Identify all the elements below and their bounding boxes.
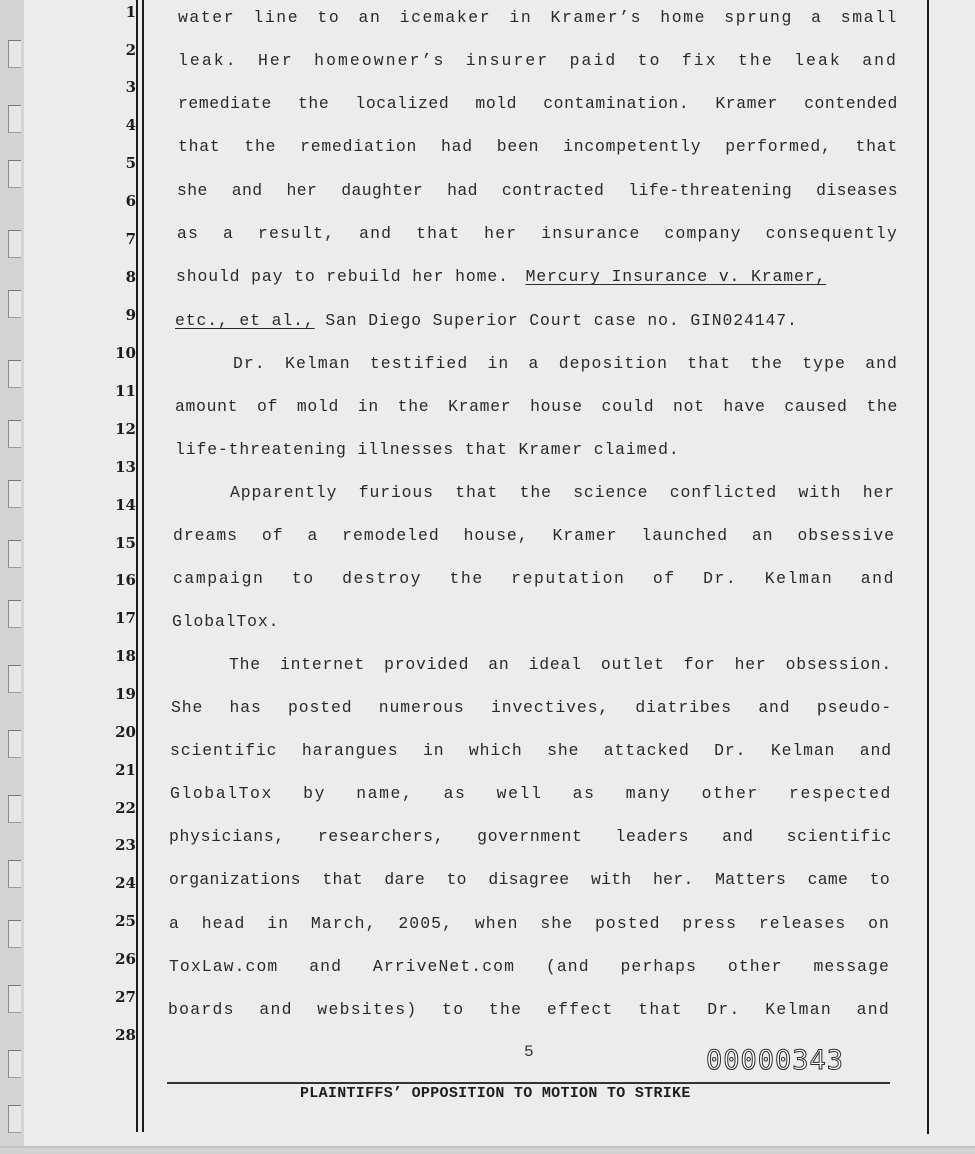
line-number: 17 (104, 609, 136, 627)
text-line: campaign to destroy the reputation of Dr… (173, 568, 895, 590)
text-fragment: should pay to rebuild her home. (176, 267, 509, 286)
line-number: 20 (104, 723, 136, 741)
line-number: 7 (104, 230, 136, 248)
text-line: Apparently furious that the science conf… (230, 482, 895, 504)
left-margin-rule-outer (136, 0, 138, 1132)
text-line: boards and websites) to the effect that … (168, 999, 890, 1021)
line-number: 21 (104, 761, 136, 779)
line-number: 22 (104, 799, 136, 817)
case-citation-title-cont: etc., et al., (175, 311, 315, 330)
text-line: organizations that dare to disagree with… (169, 869, 890, 891)
line-number: 12 (104, 420, 136, 438)
line-number: 5 (104, 154, 136, 172)
page-bottom-edge (0, 1146, 975, 1154)
line-number: 10 (104, 344, 136, 362)
page-number: 5 (524, 1043, 534, 1061)
case-citation-title: Mercury Insurance v. Kramer, (526, 267, 827, 286)
text-line-citation: etc., et al., San Diego Superior Court c… (175, 310, 898, 332)
text-line: The internet provided an ideal outlet fo… (229, 654, 892, 676)
text-line: Dr. Kelman testified in a deposition tha… (233, 353, 898, 375)
line-number: 1 (104, 3, 136, 21)
line-number: 18 (104, 647, 136, 665)
document-page: 1 2 3 4 5 6 7 8 9 10 11 12 13 14 15 16 1… (0, 0, 975, 1147)
text-line: remediate the localized mold contaminati… (178, 93, 898, 115)
torn-paper-edge (0, 0, 24, 1147)
text-line: She has posted numerous invectives, diat… (171, 697, 892, 719)
text-line: dreams of a remodeled house, Kramer laun… (173, 525, 895, 547)
line-number: 14 (104, 496, 136, 514)
text-line: she and her daughter had contracted life… (177, 180, 898, 202)
text-line: a head in March, 2005, when she posted p… (169, 913, 890, 935)
text-line: ToxLaw.com and ArriveNet.com (and perhap… (169, 956, 890, 978)
line-number: 13 (104, 458, 136, 476)
text-line: water line to an icemaker in Kramer’s ho… (178, 7, 898, 29)
line-number: 28 (104, 1026, 136, 1044)
text-line-citation: should pay to rebuild her home. Mercury … (176, 266, 898, 288)
text-line: GlobalTox. (172, 611, 898, 633)
text-line: scientific harangues in which she attack… (170, 740, 892, 762)
footer-rule (167, 1082, 890, 1084)
bates-stamp: 00000343 (706, 1045, 844, 1076)
text-line: GlobalTox by name, as well as many other… (170, 783, 892, 805)
case-court-info: San Diego Superior Court case no. GIN024… (315, 311, 798, 330)
text-line: physicians, researchers, government lead… (169, 826, 892, 848)
line-number: 8 (104, 268, 136, 286)
line-number: 11 (104, 382, 136, 400)
text-line: as a result, and that her insurance comp… (177, 223, 898, 245)
line-number: 3 (104, 78, 136, 96)
text-line: leak. Her homeowner’s insurer paid to fi… (178, 50, 898, 72)
line-number: 15 (104, 534, 136, 552)
footer-document-title: PLAINTIFFS’ OPPOSITION TO MOTION TO STRI… (300, 1085, 691, 1102)
right-margin-rule (927, 0, 929, 1134)
line-number: 4 (104, 116, 136, 134)
text-line: that the remediation had been incompeten… (178, 136, 898, 158)
line-number: 23 (104, 836, 136, 854)
line-number: 9 (104, 306, 136, 324)
text-line: life-threatening illnesses that Kramer c… (175, 439, 898, 461)
line-number: 25 (104, 912, 136, 930)
line-number: 16 (104, 571, 136, 589)
line-number: 27 (104, 988, 136, 1006)
text-line: amount of mold in the Kramer house could… (175, 396, 898, 418)
line-number: 19 (104, 685, 136, 703)
line-number: 6 (104, 192, 136, 210)
line-number: 2 (104, 41, 136, 59)
line-number: 24 (104, 874, 136, 892)
left-margin-rule-inner (142, 0, 144, 1132)
line-number: 26 (104, 950, 136, 968)
